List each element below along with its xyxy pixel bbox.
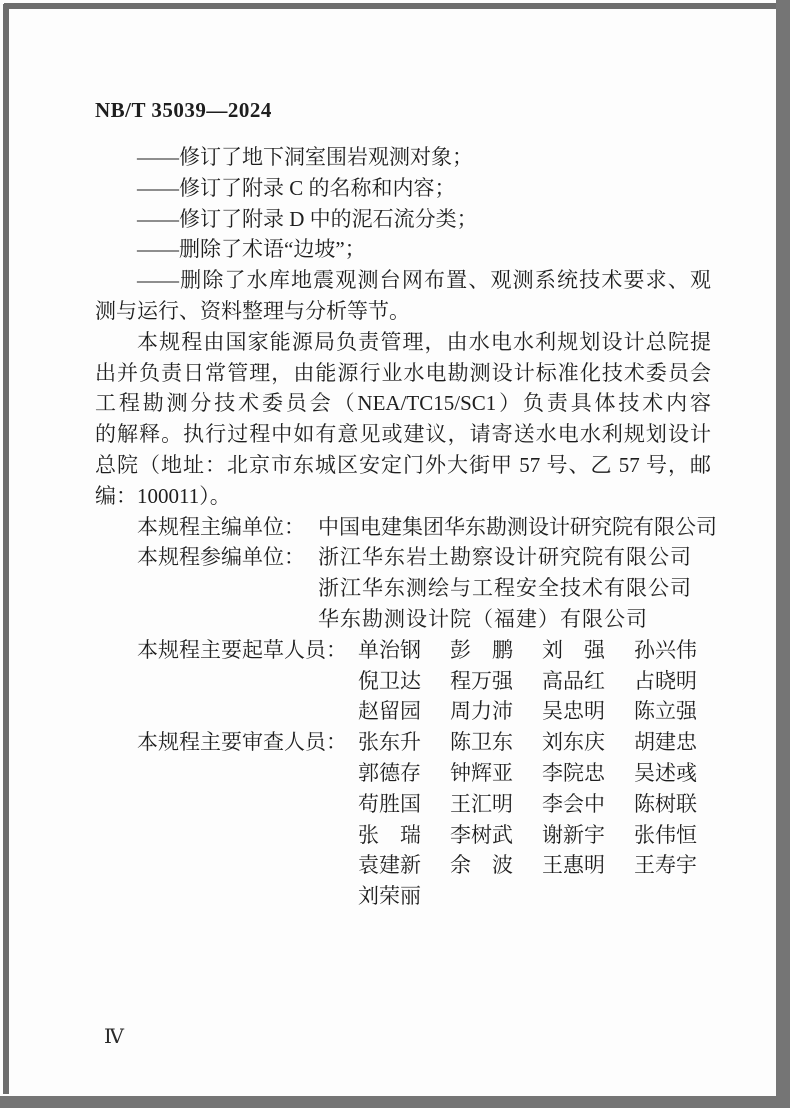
reviewers-row: 本规程主要审查人员： 张东升 陈卫东 刘东庆 胡建忠 [95, 727, 711, 758]
reviewer-name: 张伟恒 [634, 820, 697, 851]
standard-number-header: NB/T 35039—2024 [95, 98, 272, 123]
participating-unit-name: 华东勘测设计院（福建）有限公司 [318, 607, 648, 631]
reviewers-row: 郭德存 钟辉亚 李院忠 吴述彧 [95, 758, 711, 789]
drafters-row: 赵留园 周力沛 吴忠明 陈立强 [95, 696, 711, 727]
scan-border-right [776, 0, 790, 1108]
reviewer-name: 吴述彧 [634, 758, 697, 789]
paragraph-line: 总院（地址：北京市东城区安定门外大街甲 57 号、乙 57 号，邮 [95, 450, 711, 481]
chief-editing-unit-name: 中国电建集团华东勘测设计研究院有限公司 [318, 512, 717, 543]
drafter-name: 高品红 [542, 666, 605, 697]
reviewers-row: 张 瑞 李树武 谢新宇 张伟恒 [95, 820, 711, 851]
reviewer-name: 王惠明 [542, 850, 605, 881]
revision-line: 测与运行、资料整理与分析等节。 [95, 296, 711, 327]
reviewer-name: 刘荣丽 [358, 881, 421, 912]
revision-line: ——修订了地下洞室围岩观测对象； [95, 142, 711, 173]
participating-unit-row: 浙江华东测绘与工程安全技术有限公司 [95, 573, 711, 604]
revision-line: ——删除了术语“边坡”； [95, 234, 711, 265]
reviewer-name: 袁建新 [358, 850, 421, 881]
reviewer-name: 王寿宇 [634, 850, 697, 881]
reviewer-name: 李树武 [450, 820, 513, 851]
reviewer-name: 谢新宇 [542, 820, 605, 851]
participating-unit-label: 本规程参编单位： [137, 542, 318, 573]
paragraph-line: 的解释。执行过程中如有意见或建议，请寄送水电水利规划设计 [95, 419, 711, 450]
drafter-name: 程万强 [450, 666, 513, 697]
participating-unit-row: 本规程参编单位： 浙江华东岩土勘察设计研究院有限公司 [95, 542, 711, 573]
drafter-name: 周力沛 [450, 696, 513, 727]
drafter-name: 孙兴伟 [634, 635, 697, 666]
drafter-name: 单治钢 [358, 635, 421, 666]
drafters-row: 本规程主要起草人员： 单治钢 彭 鹏 刘 强 孙兴伟 [95, 635, 711, 666]
reviewer-name: 苟胜国 [358, 789, 421, 820]
scan-border-top [4, 3, 783, 9]
paragraph-line: 出并负责日常管理，由能源行业水电勘测设计标准化技术委员会 [95, 358, 711, 389]
reviewers-label: 本规程主要审查人员： [137, 727, 358, 758]
drafter-name: 彭 鹏 [450, 635, 513, 666]
reviewer-name: 陈树联 [634, 789, 697, 820]
document-body: ——修订了地下洞室围岩观测对象； ——修订了附录 C 的名称和内容； ——修订了… [95, 142, 711, 912]
drafter-name: 赵留园 [358, 696, 421, 727]
revision-line: ——修订了附录 D 中的泥石流分类； [95, 204, 711, 235]
paragraph-line: 本规程由国家能源局负责管理，由水电水利规划设计总院提 [95, 327, 711, 358]
chief-editing-unit-label: 本规程主编单位： [137, 512, 318, 543]
reviewers-row: 刘荣丽 [95, 881, 711, 912]
revision-line: ——修订了附录 C 的名称和内容； [95, 173, 711, 204]
paragraph-line: 编：100011）。 [95, 481, 711, 512]
reviewer-name: 张 瑞 [358, 820, 421, 851]
reviewer-name: 陈卫东 [450, 727, 513, 758]
reviewer-name: 李院忠 [542, 758, 605, 789]
drafter-name: 倪卫达 [358, 666, 421, 697]
reviewers-row: 袁建新 余 波 王惠明 王寿宇 [95, 850, 711, 881]
reviewer-name: 刘东庆 [542, 727, 605, 758]
reviewer-name: 张东升 [358, 727, 421, 758]
revision-line: ——删除了水库地震观测台网布置、观测系统技术要求、观 [95, 265, 711, 296]
reviewer-name: 王汇明 [450, 789, 513, 820]
participating-unit-row: 华东勘测设计院（福建）有限公司 [95, 604, 711, 635]
page-number: Ⅳ [104, 1024, 124, 1049]
reviewer-name: 郭德存 [358, 758, 421, 789]
reviewer-name: 钟辉亚 [450, 758, 513, 789]
drafter-name: 吴忠明 [542, 696, 605, 727]
reviewer-name: 胡建忠 [634, 727, 697, 758]
scanned-document-page: NB/T 35039—2024 ——修订了地下洞室围岩观测对象； ——修订了附录… [0, 0, 790, 1108]
drafter-name: 占晓明 [634, 666, 697, 697]
paragraph-line: 工程勘测分技术委员会（NEA/TC15/SC1）负责具体技术内容 [95, 388, 711, 419]
scan-border-left [3, 4, 9, 1094]
reviewer-name: 余 波 [450, 850, 513, 881]
scan-border-bottom [0, 1096, 790, 1108]
participating-unit-name: 浙江华东测绘与工程安全技术有限公司 [318, 576, 692, 600]
drafter-name: 陈立强 [634, 696, 697, 727]
reviewer-name: 李会中 [542, 789, 605, 820]
drafter-name: 刘 强 [542, 635, 605, 666]
drafters-row: 倪卫达 程万强 高品红 占晓明 [95, 666, 711, 697]
drafters-label: 本规程主要起草人员： [137, 635, 358, 666]
reviewers-row: 苟胜国 王汇明 李会中 陈树联 [95, 789, 711, 820]
participating-unit-name: 浙江华东岩土勘察设计研究院有限公司 [318, 542, 692, 573]
chief-editing-unit-row: 本规程主编单位： 中国电建集团华东勘测设计研究院有限公司 [95, 512, 711, 543]
